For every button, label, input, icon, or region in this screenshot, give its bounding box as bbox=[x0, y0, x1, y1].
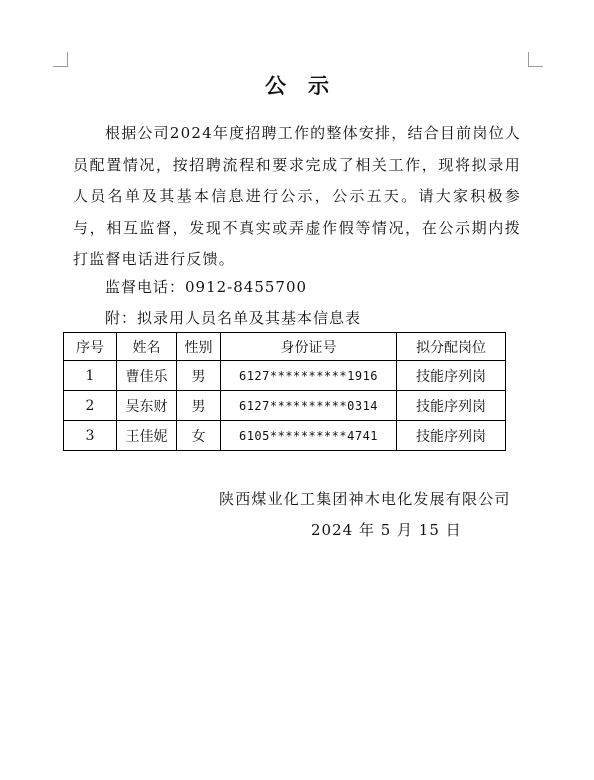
page-corner-mark-left bbox=[53, 52, 68, 67]
cell-gender: 女 bbox=[177, 421, 221, 451]
body-paragraph: 根据公司2024年度招聘工作的整体安排，结合目前岗位人员配置情况，按招聘流程和要… bbox=[73, 118, 521, 276]
company-signature: 陕西煤业化工集团神木电化发展有限公司 bbox=[219, 488, 511, 509]
cell-index: 1 bbox=[64, 361, 117, 391]
cell-id-number: 6127**********1916 bbox=[221, 361, 397, 391]
table-row: 3 王佳妮 女 6105**********4741 技能序列岗 bbox=[64, 421, 506, 451]
cell-gender: 男 bbox=[177, 361, 221, 391]
candidate-table: 序号 姓名 性别 身份证号 拟分配岗位 1 曹佳乐 男 6127********… bbox=[63, 332, 506, 451]
cell-position: 技能序列岗 bbox=[397, 421, 506, 451]
attachment-caption: 附：拟录用人员名单及其基本信息表 bbox=[105, 307, 361, 328]
header-name: 姓名 bbox=[117, 333, 177, 361]
page-corner-mark-right bbox=[528, 52, 543, 67]
document-date: 2024 年 5 月 15 日 bbox=[311, 519, 462, 540]
cell-index: 2 bbox=[64, 391, 117, 421]
cell-position: 技能序列岗 bbox=[397, 361, 506, 391]
table-row: 2 吴东财 男 6127**********0314 技能序列岗 bbox=[64, 391, 506, 421]
cell-name: 曹佳乐 bbox=[117, 361, 177, 391]
cell-gender: 男 bbox=[177, 391, 221, 421]
table-row: 1 曹佳乐 男 6127**********1916 技能序列岗 bbox=[64, 361, 506, 391]
document-title: 公示 bbox=[0, 70, 594, 100]
cell-name: 吴东财 bbox=[117, 391, 177, 421]
cell-id-number: 6105**********4741 bbox=[221, 421, 397, 451]
cell-position: 技能序列岗 bbox=[397, 391, 506, 421]
header-gender: 性别 bbox=[177, 333, 221, 361]
table-header-row: 序号 姓名 性别 身份证号 拟分配岗位 bbox=[64, 333, 506, 361]
cell-id-number: 6127**********0314 bbox=[221, 391, 397, 421]
header-id-number: 身份证号 bbox=[221, 333, 397, 361]
cell-name: 王佳妮 bbox=[117, 421, 177, 451]
header-index: 序号 bbox=[64, 333, 117, 361]
supervision-phone: 监督电话：0912-8455700 bbox=[105, 276, 307, 297]
header-position: 拟分配岗位 bbox=[397, 333, 506, 361]
cell-index: 3 bbox=[64, 421, 117, 451]
